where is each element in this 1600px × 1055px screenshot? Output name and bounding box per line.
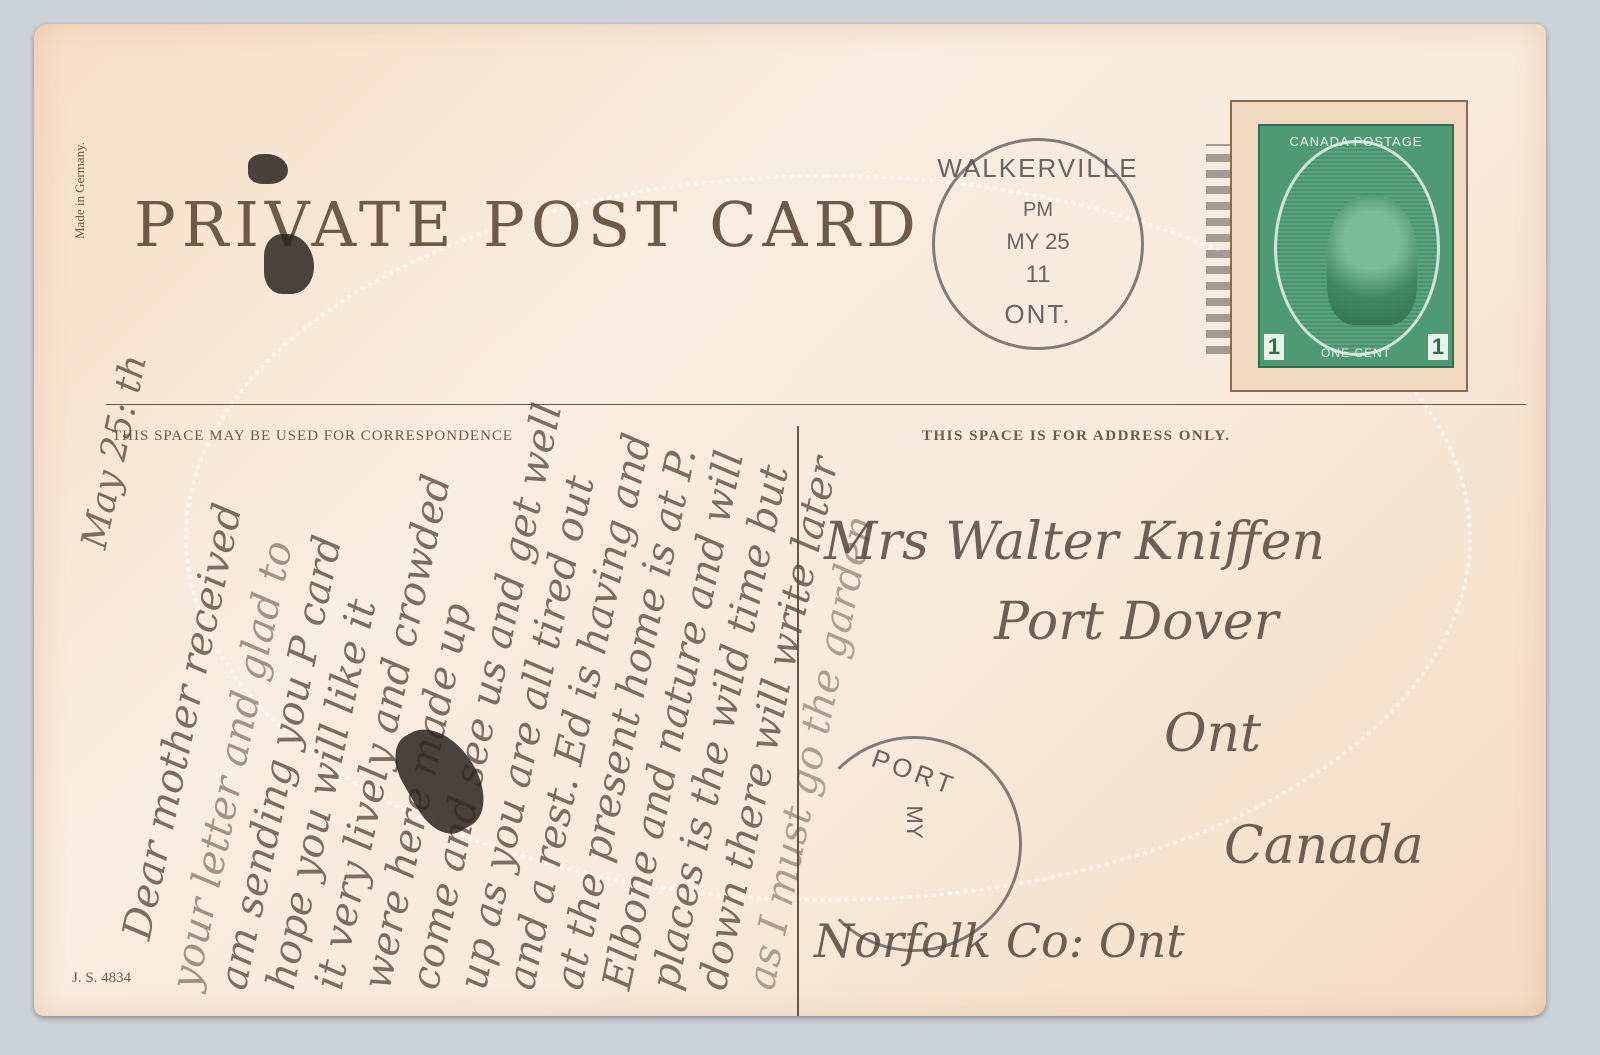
stamp-country: CANADA POSTAGE	[1260, 134, 1452, 149]
postcard-title: PRIVATE POST CARD	[134, 188, 922, 261]
stamp-value-left: 1	[1264, 334, 1284, 360]
stamp-denomination: ONE CENT	[1260, 346, 1452, 360]
postmark-time: PM	[935, 199, 1141, 222]
correspondence-label: THIS SPACE MAY BE USED FOR CORRESPONDENC…	[112, 428, 513, 445]
address-note: Norfolk Co: Ont	[814, 914, 1185, 968]
postmark-date: MY	[901, 717, 927, 927]
letter-date: May 25: th	[74, 351, 155, 552]
catalog-number: J. S. 4834	[72, 970, 131, 987]
postmark-origin: WALKERVILLE PM MY 25 11 ONT.	[932, 138, 1144, 350]
postmark-province: ONT.	[935, 299, 1141, 330]
postmark-year: 11	[935, 261, 1141, 289]
address-line: Ont	[1164, 704, 1261, 764]
postage-stamp: CANADA POSTAGE ONE CENT 1 1	[1230, 100, 1468, 392]
divider-horizontal	[106, 404, 1526, 405]
stamp-value-right: 1	[1428, 334, 1448, 360]
imprint-text: Made in Germany.	[72, 142, 88, 239]
king-portrait-icon	[1327, 195, 1417, 325]
address-label: THIS SPACE IS FOR ADDRESS ONLY.	[922, 428, 1231, 445]
postmark-city: WALKERVILLE	[935, 153, 1141, 184]
stamp-oval	[1274, 140, 1440, 356]
postmark-date: MY 25	[935, 229, 1141, 255]
address-line: Canada	[1224, 816, 1424, 876]
address-line: Mrs Walter Kniffen	[824, 512, 1325, 572]
ink-stain	[248, 154, 288, 184]
address-line: Port Dover	[994, 592, 1278, 652]
postcard: PRIVATE POST CARD Made in Germany. THIS …	[34, 24, 1546, 1016]
stamp-face: CANADA POSTAGE ONE CENT 1 1	[1258, 124, 1454, 368]
